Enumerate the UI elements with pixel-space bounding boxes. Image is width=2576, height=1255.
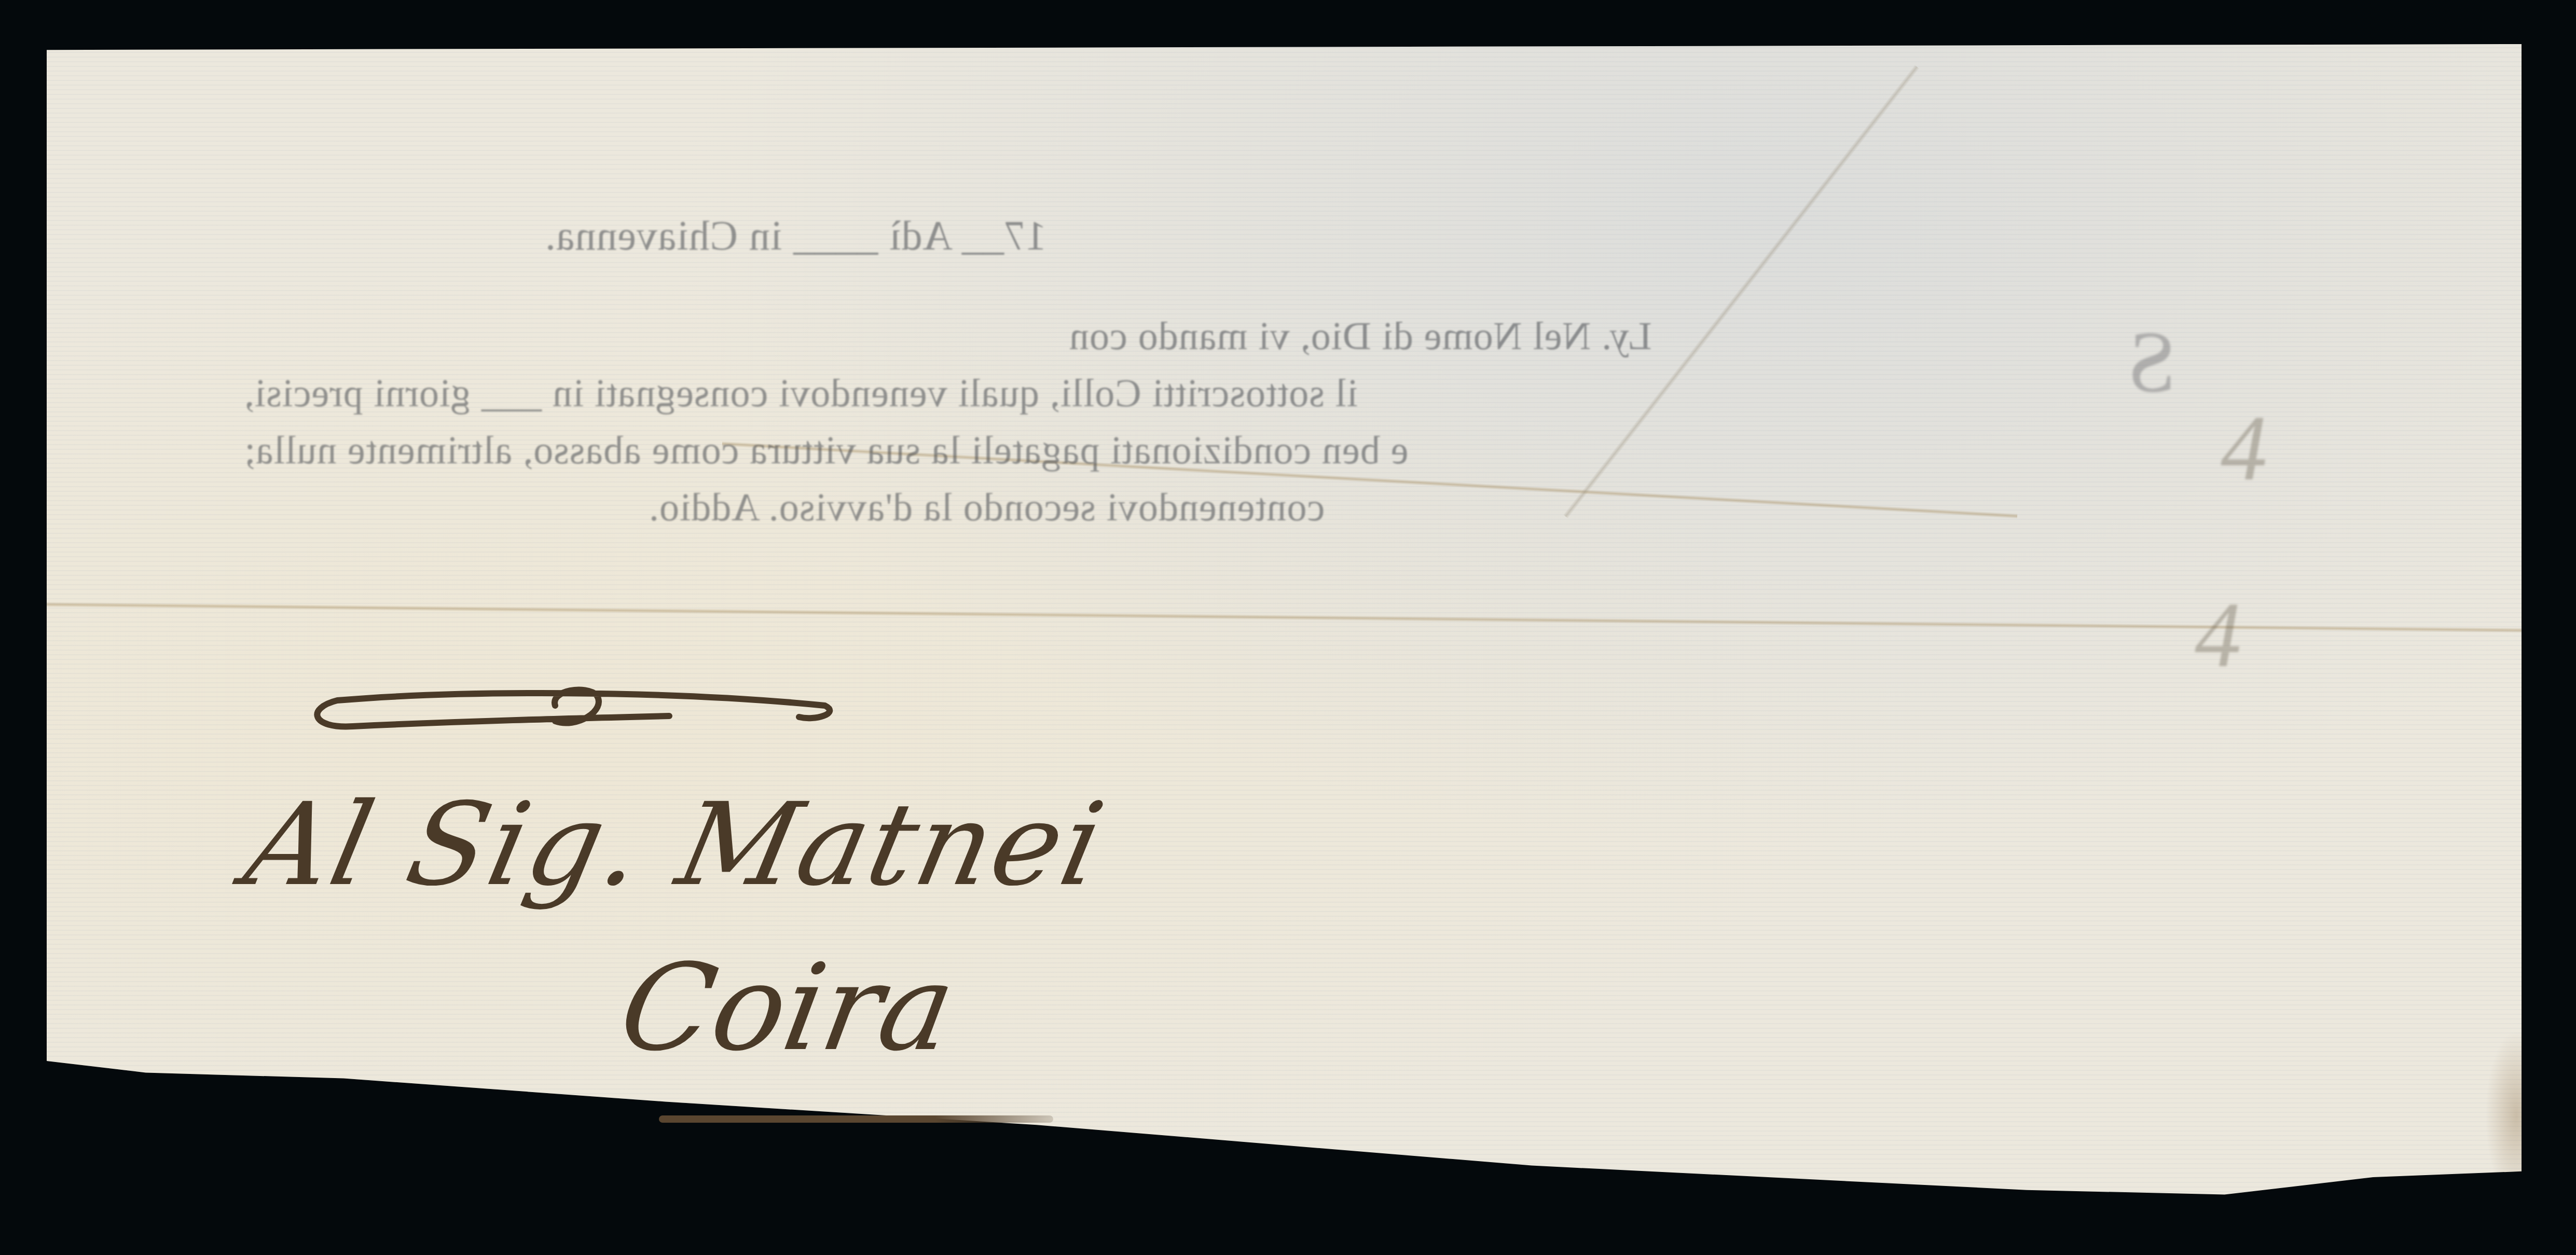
mirrored-print-line-4: contenendovi secondo la d'avviso. Addio. xyxy=(649,485,1325,530)
mirrored-print-heading: 17__ Adì ____ in Chiavenna. xyxy=(545,213,1046,260)
mirrored-initial-letter: S xyxy=(2127,311,2176,412)
faint-numeral-mark: 4 xyxy=(2195,581,2241,688)
city-underline xyxy=(659,1115,1053,1123)
mirrored-print-line-1: Ly. Nel Nome di Dio, vi mando con xyxy=(1069,314,1652,359)
document-sheet xyxy=(47,44,2522,1206)
mirrored-print-line-2: il sottoscritti Colli, quali venendovi c… xyxy=(244,371,1358,416)
mirrored-print-line-3: e ben condizionati pagateli la sua vittu… xyxy=(244,428,1409,473)
horizontal-fold-line xyxy=(47,602,2522,633)
paraph-flourish-icon xyxy=(306,685,851,732)
foxing-stain xyxy=(2485,1030,2547,1201)
faint-numeral-mark: 4 xyxy=(2221,394,2267,502)
handwritten-city: Coira xyxy=(610,939,964,1078)
diagonal-crease xyxy=(1563,65,1920,518)
handwritten-addressee: Al Sig. Matnei xyxy=(235,778,1116,911)
